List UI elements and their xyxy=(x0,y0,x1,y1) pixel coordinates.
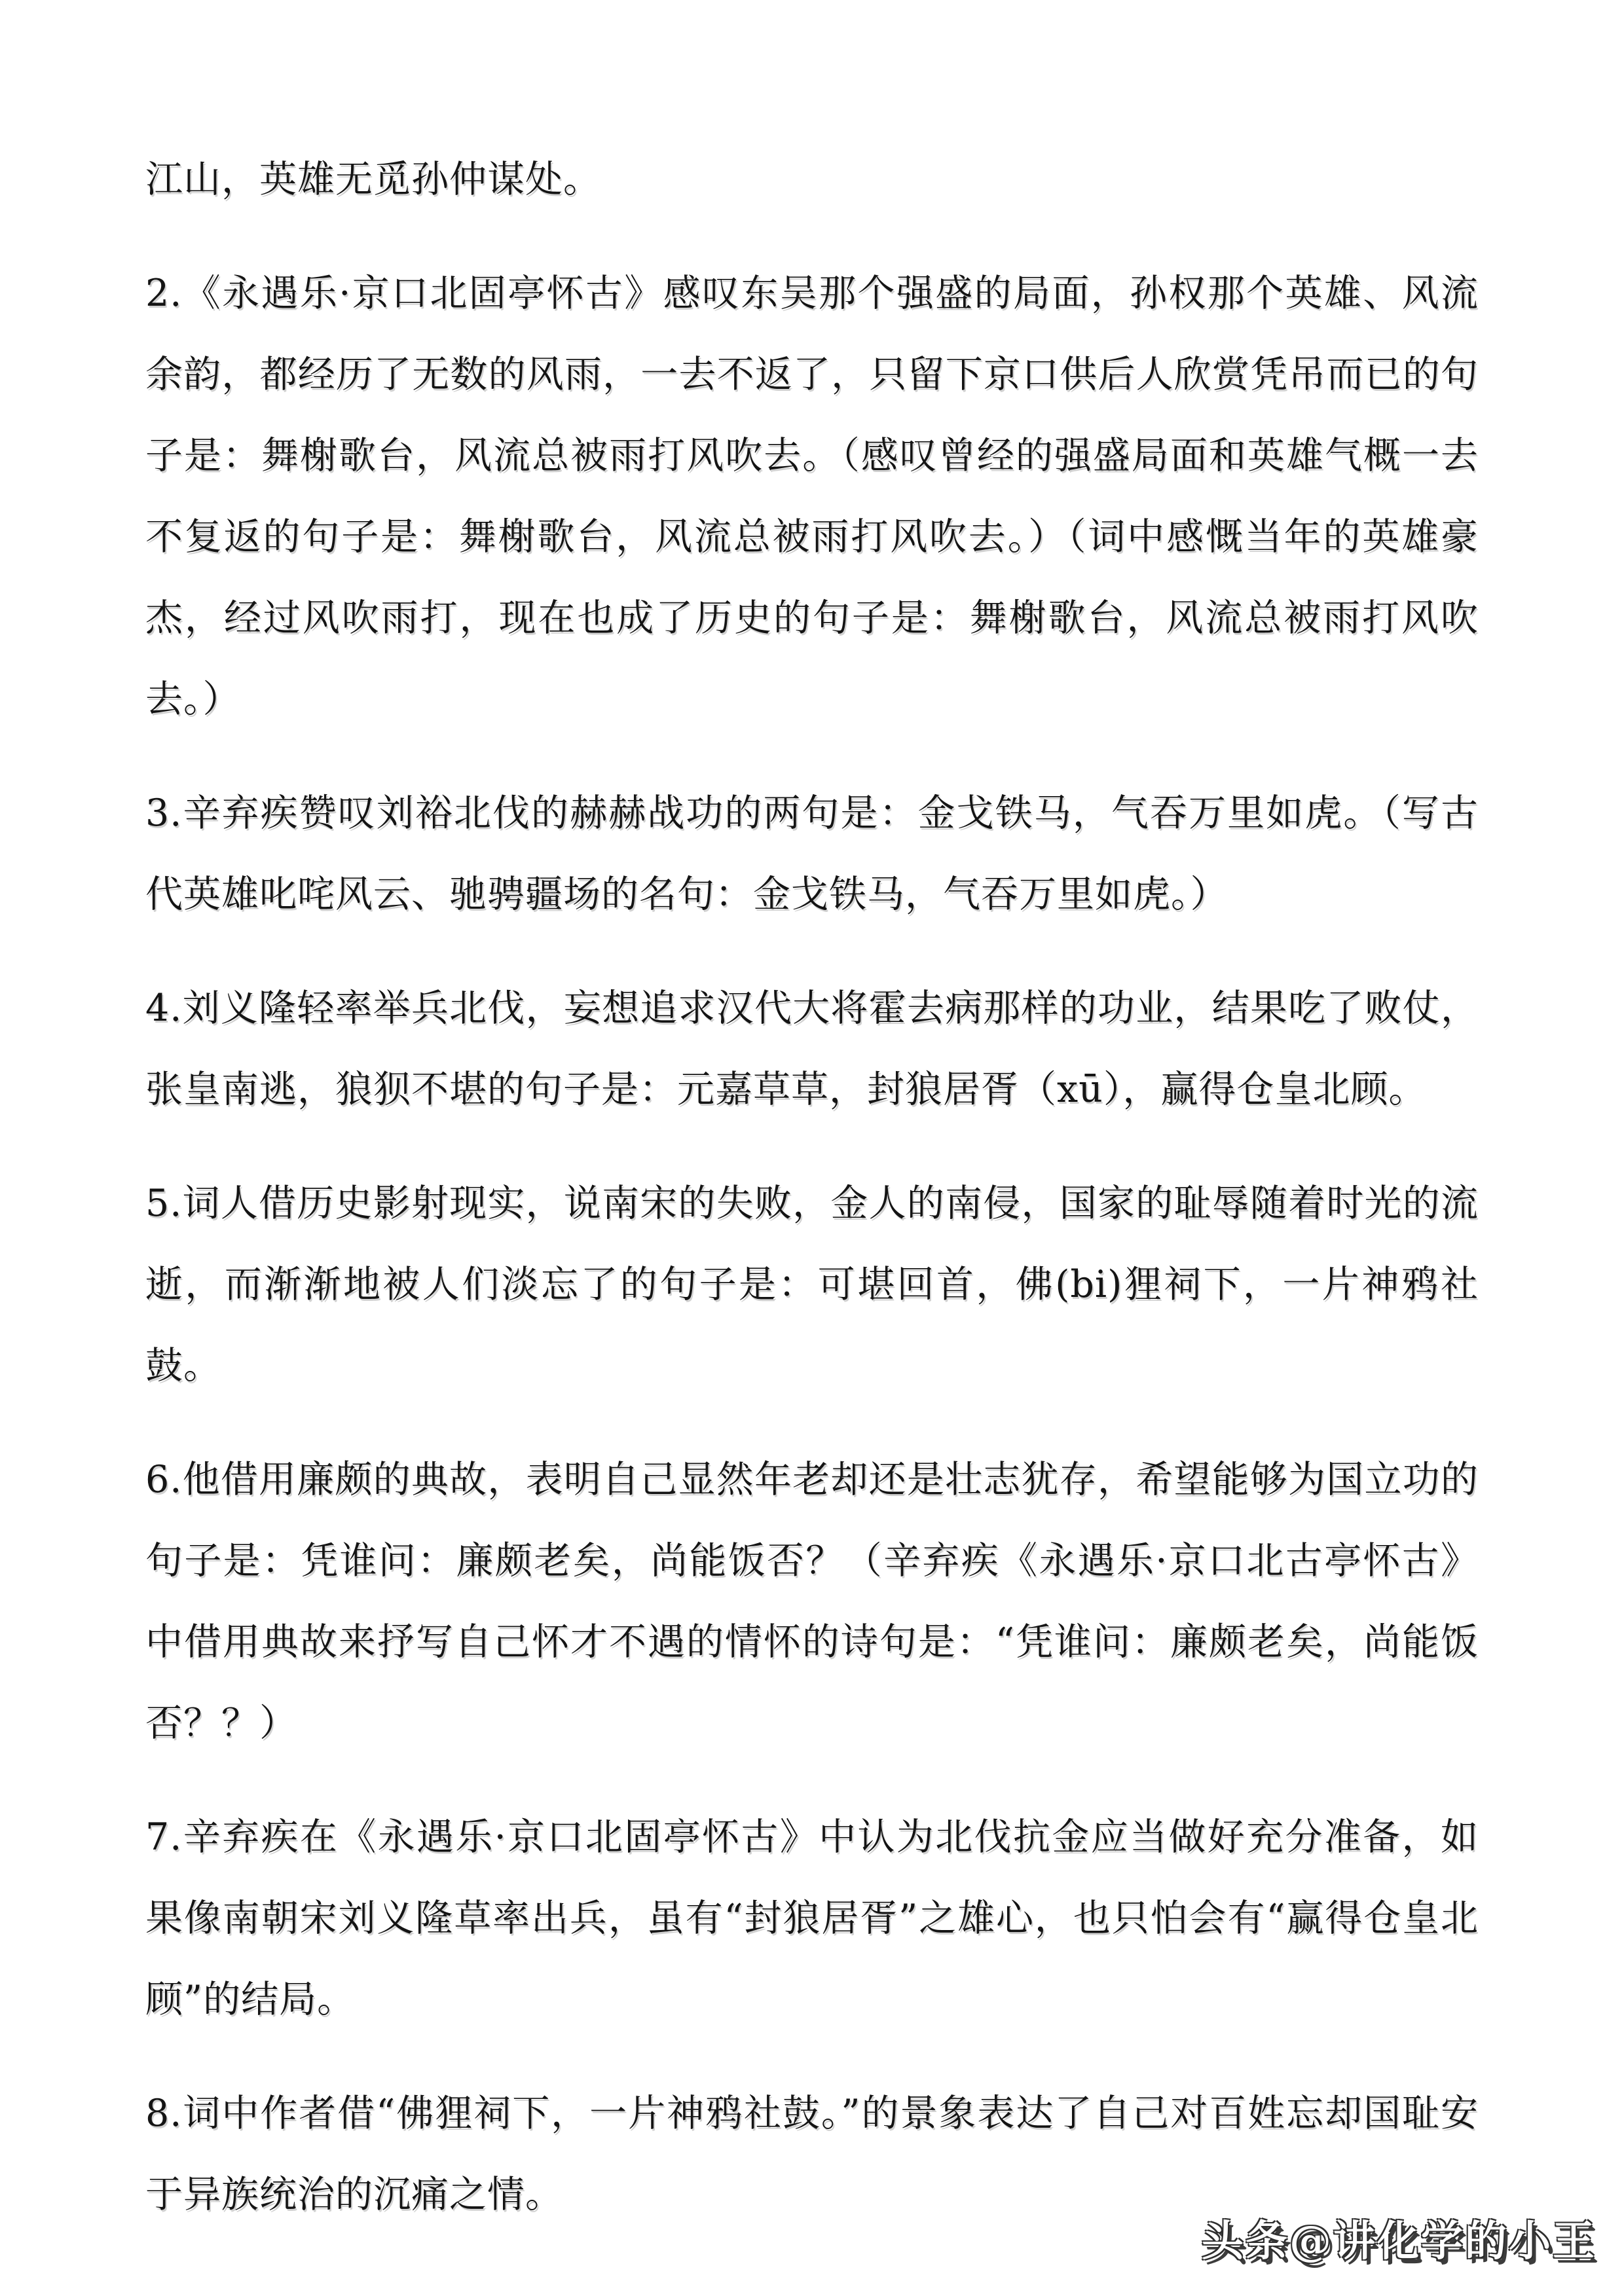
paragraph-item-4: 4.刘义隆轻率举兵北伐，妄想追求汉代大将霍去病那样的功业，结果吃了败仗，张皇南逃… xyxy=(145,968,1479,1130)
document-page: 江山，英雄无觅孙仲谋处。 2.《永遇乐·京口北固亭怀古》感叹东吴那个强盛的局面，… xyxy=(0,0,1624,2235)
paragraph-item-5: 5.词人借历史影射现实，说南宋的失败，金人的南侵，国家的耻辱随着时光的流逝，而渐… xyxy=(145,1163,1479,1406)
watermark: 头条@讲化学的小王 xyxy=(1202,2208,1596,2268)
paragraph-item-2: 2.《永遇乐·京口北固亭怀古》感叹东吴那个强盛的局面，孙权那个英雄、风流余韵，都… xyxy=(145,253,1479,740)
paragraph-continuation: 江山，英雄无觅孙仲谋处。 xyxy=(145,139,1479,220)
paragraph-item-7: 7.辛弃疾在《永遇乐·京口北固亭怀古》中认为北伐抗金应当做好充分准备，如果像南朝… xyxy=(145,1796,1479,2040)
paragraph-item-3: 3.辛弃疾赞叹刘裕北伐的赫赫战功的两句是：金戈铁马，气吞万里如虎。（写古代英雄叱… xyxy=(145,773,1479,935)
paragraph-item-6: 6.他借用廉颇的典故，表明自己显然年老却还是壮志犹存，希望能够为国立功的句子是：… xyxy=(145,1439,1479,1764)
